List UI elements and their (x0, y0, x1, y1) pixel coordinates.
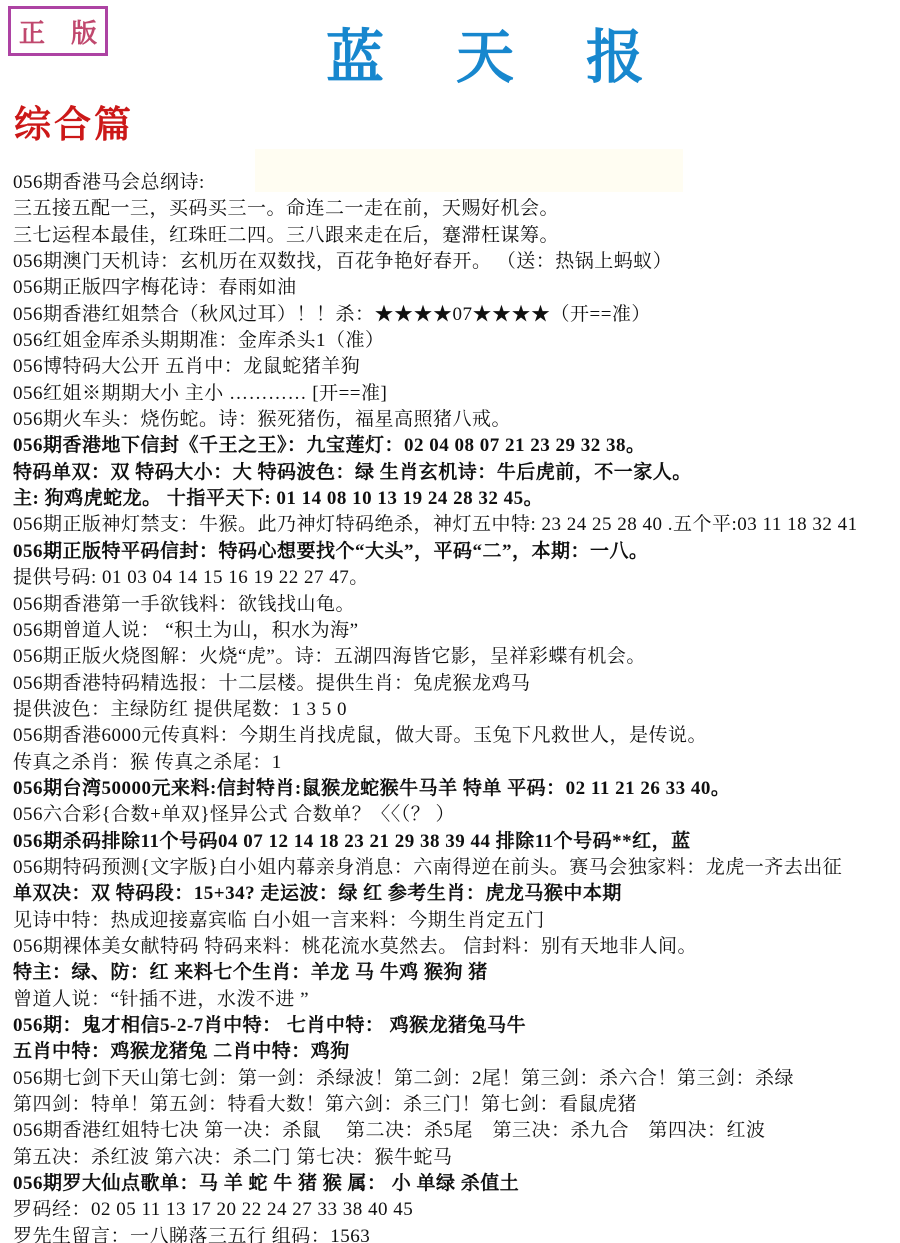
text-line-38: 第五决：杀红波 第六决：杀二门 第七决：猴牛蛇马 (13, 1145, 900, 1171)
text-line-39: 056期罗大仙点歌单：马 羊 蛇 牛 猪 猴 属： 小 单绿 杀值土 (13, 1171, 900, 1197)
text-line-11: 056期香港地下信封《千王之王》：九宝莲灯：02 04 08 07 21 23 … (13, 433, 900, 459)
text-line-22: 056期香港6000元传真料：今期生肖找虎鼠，做大哥。玉兔下凡救世人，是传说。 (13, 723, 900, 749)
section-title: 综合篇 (14, 94, 134, 148)
text-line-16: 提供号码: 01 03 04 14 15 16 19 22 27 47。 (13, 565, 900, 591)
newspaper-title: 蓝天报 (326, 10, 716, 94)
text-line-2: 三五接五配一三，买码买三一。命连二一走在前，天赐好机会。 (13, 196, 900, 222)
text-line-26: 056期杀码排除11个号码04 07 12 14 18 23 21 29 38 … (13, 829, 900, 855)
text-line-23: 传真之杀肖：猴 传真之杀尾：1 (13, 750, 900, 776)
text-line-20: 056期香港特码精选报：十二层楼。提供生肖：兔虎猴龙鸡马 (13, 671, 900, 697)
text-line-15: 056期正版特平码信封：特码心想要找个“大头”，平码“二”，本期：一八。 (13, 539, 900, 565)
text-line-3: 三七运程本最佳，红珠旺二四。三八跟来走在后，蹇滞枉谋筹。 (13, 223, 900, 249)
text-line-37: 056期香港红姐特七决 第一决：杀鼠 第二决：杀5尾 第三决：杀九合 第四决：红… (13, 1118, 900, 1144)
text-line-1: 056期香港马会总纲诗: (13, 170, 900, 196)
text-line-32: 曾道人说：“针插不进，水泼不进 ” (13, 987, 900, 1013)
text-line-13: 主: 狗鸡虎蛇龙。 十指平天下: 01 14 08 10 13 19 24 28… (13, 486, 900, 512)
text-line-18: 056期曾道人说： “积土为山，积水为海” (13, 618, 900, 644)
text-line-6: 056期香港红姐禁合（秋风过耳）！！杀：★★★★07★★★★（开==准） (13, 302, 900, 328)
text-line-30: 056期裸体美女献特码 特码来料：桃花流水莫然去。 信封料：别有天地非人间。 (13, 934, 900, 960)
text-line-9: 056红姐※期期大小 主小 ………… [开==准] (13, 381, 900, 407)
tips-text-block: 056期香港马会总纲诗:三五接五配一三，买码买三一。命连二一走在前，天赐好机会。… (13, 170, 900, 1243)
text-line-7: 056红姐金库杀头期期准：金库杀头1（准） (13, 328, 900, 354)
text-line-40: 罗码经：02 05 11 13 17 20 22 24 27 33 38 40 … (13, 1197, 900, 1223)
authentic-edition-badge: 正版 (8, 6, 108, 56)
text-line-21: 提供波色：主绿防红 提供尾数：1 3 5 0 (13, 697, 900, 723)
text-line-19: 056期正版火烧图解：火烧“虎”。诗：五湖四海皆它影，呈祥彩蝶有机会。 (13, 644, 900, 670)
text-line-28: 单双决：双 特码段：15+34? 走运波：绿 红 参考生肖：虎龙马猴中本期 (13, 881, 900, 907)
text-line-31: 特主：绿、防：红 来料七个生肖：羊龙 马 牛鸡 猴狗 猪 (13, 960, 900, 986)
text-line-34: 五肖中特：鸡猴龙猪兔 二肖中特：鸡狗 (13, 1039, 900, 1065)
badge-label: 正版 (0, 13, 123, 50)
text-line-25: 056六合彩{合数+单双}怪异公式 合数单？〈〈（？ ） (13, 802, 900, 828)
text-line-35: 056期七剑下天山第七剑：第一剑：杀绿波！第二剑：2尾！第三剑：杀六合！第三剑：… (13, 1066, 900, 1092)
text-line-24: 056期台湾50000元来料:信封特肖:鼠猴龙蛇猴牛马羊 特单 平码：02 11… (13, 776, 900, 802)
text-line-36: 第四剑：特单！第五剑：特看大数！第六剑：杀三门！第七剑：看鼠虎猪 (13, 1092, 900, 1118)
text-line-29: 见诗中特：热成迎接嘉宾临 白小姐一言来料：今期生肖定五门 (13, 908, 900, 934)
text-line-5: 056期正版四字梅花诗：春雨如油 (13, 275, 900, 301)
text-line-12: 特码单双：双 特码大小：大 特码波色：绿 生肖玄机诗：牛后虎前，不一家人。 (13, 460, 900, 486)
text-line-10: 056期火车头：烧伤蛇。诗：猴死猪伤，福星高照猪八戒。 (13, 407, 900, 433)
text-line-27: 056期特码预测{文字版}白小姐内幕亲身消息：六南得逆在前头。赛马会独家料：龙虎… (13, 855, 900, 881)
text-line-33: 056期：鬼才相信5-2-7肖中特： 七肖中特： 鸡猴龙猪兔马牛 (13, 1013, 900, 1039)
text-line-41: 罗先生留言：一八睇落三五行 组码：1563 (13, 1224, 900, 1243)
text-line-8: 056博特码大公开 五肖中：龙鼠蛇猪羊狗 (13, 354, 900, 380)
text-line-14: 056期正版神灯禁支：牛猴。此乃神灯特码绝杀，神灯五中特: 23 24 25 2… (13, 512, 900, 538)
text-line-4: 056期澳门天机诗：玄机历在双数找，百花争艳好春开。 （送：热锅上蚂蚁） (13, 249, 900, 275)
text-line-17: 056期香港第一手欲钱料：欲钱找山龟。 (13, 592, 900, 618)
